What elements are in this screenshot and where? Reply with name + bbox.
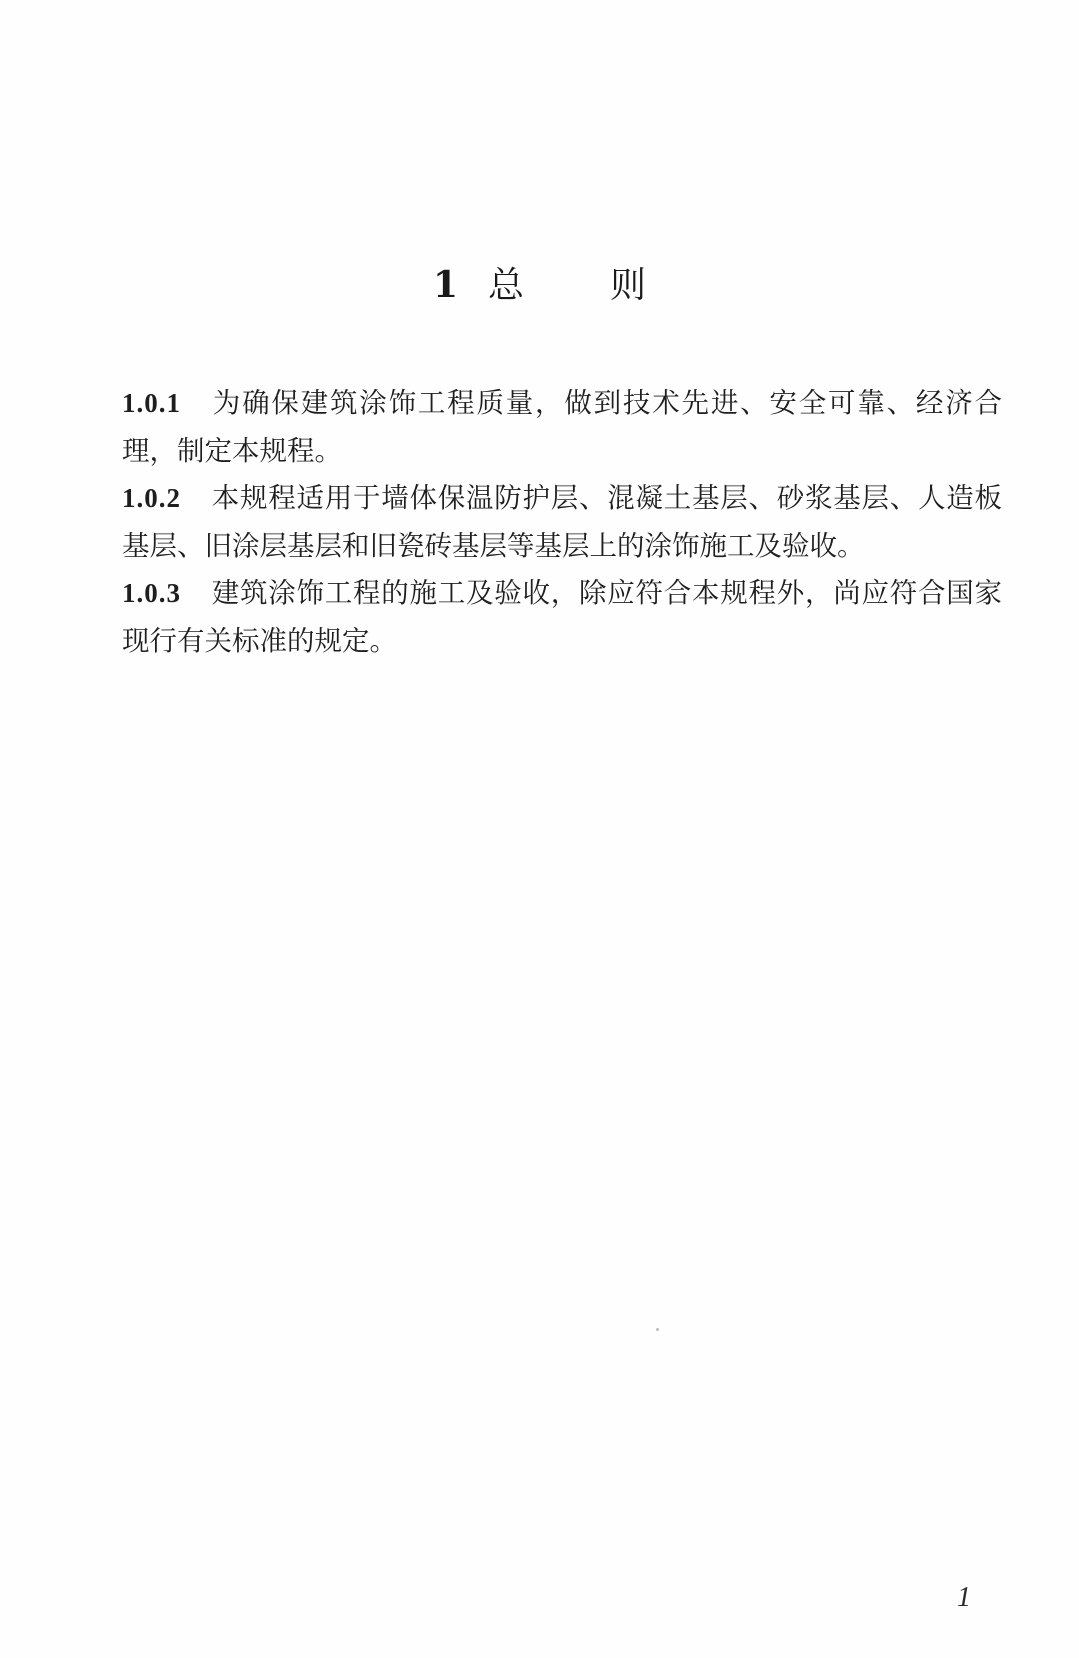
chapter-body: 1.0.1为确保建筑涂饰工程质量，做到技术先进、安全可靠、经济合理，制定本规程。… xyxy=(122,380,1002,665)
clause-1-0-2: 1.0.2本规程适用于墙体保温防护层、混凝土基层、砂浆基层、人造板基层、旧涂层基… xyxy=(122,475,1002,570)
clause-text: 建筑涂饰工程的施工及验收，除应符合本规程外，尚应符合国家现行有关标准的规定。 xyxy=(122,577,1002,657)
chapter-title-char-2: 则 xyxy=(610,265,646,306)
page-number: 1 xyxy=(957,1582,971,1614)
clause-number: 1.0.3 xyxy=(122,578,181,608)
clause-text: 为确保建筑涂饰工程质量，做到技术先进、安全可靠、经济合理，制定本规程。 xyxy=(122,387,1002,467)
chapter-title-char-1: 总 xyxy=(488,265,524,306)
clause-text: 本规程适用于墙体保温防护层、混凝土基层、砂浆基层、人造板基层、旧涂层基层和旧瓷砖… xyxy=(122,482,1002,562)
scan-speck xyxy=(656,1328,659,1331)
clause-1-0-1: 1.0.1为确保建筑涂饰工程质量，做到技术先进、安全可靠、经济合理，制定本规程。 xyxy=(122,380,1002,475)
document-page: 1总则 1.0.1为确保建筑涂饰工程质量，做到技术先进、安全可靠、经济合理，制定… xyxy=(0,0,1079,1658)
clause-number: 1.0.2 xyxy=(122,483,181,513)
clause-1-0-3: 1.0.3建筑涂饰工程的施工及验收，除应符合本规程外，尚应符合国家现行有关标准的… xyxy=(122,570,1002,665)
chapter-number: 1 xyxy=(433,264,458,306)
chapter-title: 1总则 xyxy=(0,262,1079,309)
clause-number: 1.0.1 xyxy=(122,388,181,418)
